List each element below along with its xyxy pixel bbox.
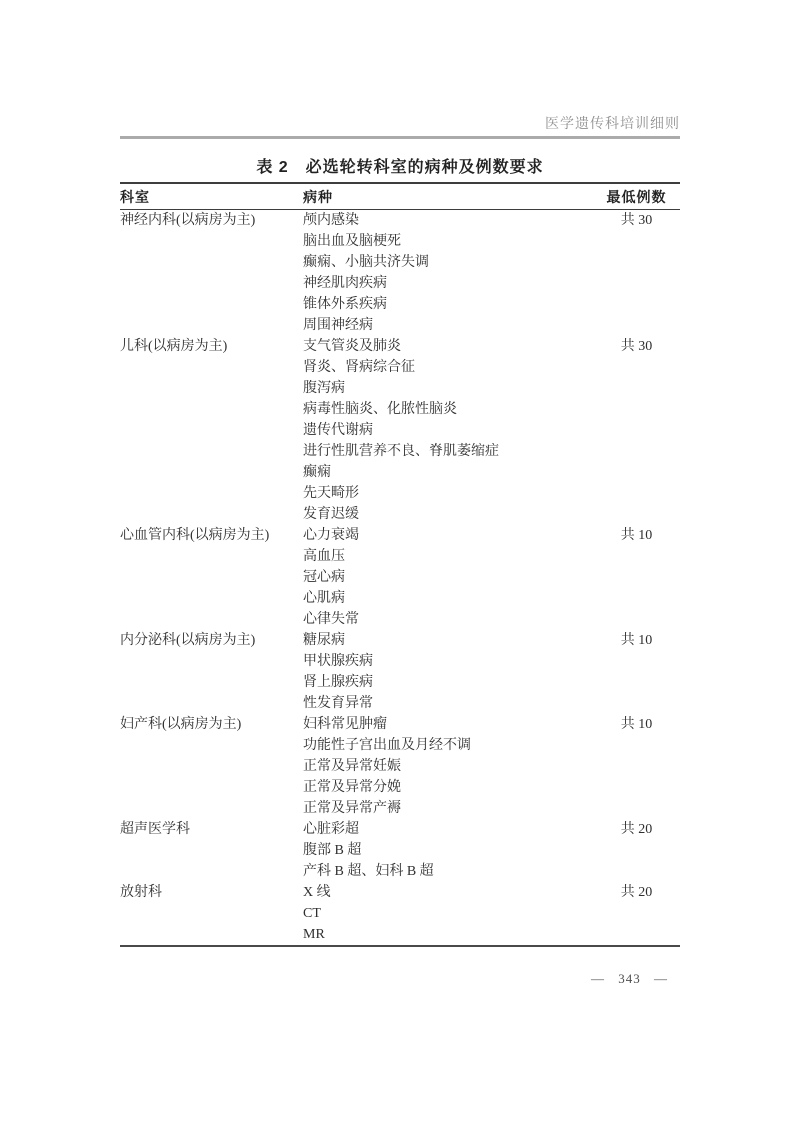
table-row: 神经肌肉疾病 — [120, 273, 680, 294]
department-cell: 超声医学科 — [120, 819, 303, 840]
table-row: MR — [120, 924, 680, 946]
min-cases-cell — [593, 756, 680, 777]
department-cell — [120, 252, 303, 273]
department-cell — [120, 924, 303, 946]
disease-cell: 脑出血及脑梗死 — [303, 231, 593, 252]
min-cases-cell — [593, 273, 680, 294]
min-cases-cell — [593, 357, 680, 378]
min-cases-cell — [593, 588, 680, 609]
min-cases-cell — [593, 462, 680, 483]
disease-cell: 进行性肌营养不良、脊肌萎缩症 — [303, 441, 593, 462]
table-row: 正常及异常产褥 — [120, 798, 680, 819]
min-cases-cell — [593, 483, 680, 504]
disease-cell: 病毒性脑炎、化脓性脑炎 — [303, 399, 593, 420]
min-cases-cell — [593, 735, 680, 756]
disease-cell: 心肌病 — [303, 588, 593, 609]
table-row: 心肌病 — [120, 588, 680, 609]
min-cases-cell — [593, 672, 680, 693]
min-cases-cell — [593, 840, 680, 861]
min-cases-cell — [593, 504, 680, 525]
disease-cell: 心律失常 — [303, 609, 593, 630]
department-cell — [120, 441, 303, 462]
department-cell — [120, 462, 303, 483]
min-cases-cell: 共 10 — [593, 525, 680, 546]
min-cases-cell — [593, 399, 680, 420]
min-cases-cell — [593, 609, 680, 630]
disease-cell: 腹泻病 — [303, 378, 593, 399]
min-cases-cell — [593, 441, 680, 462]
disease-cell: 产科 B 超、妇科 B 超 — [303, 861, 593, 882]
disease-cell: X 线 — [303, 882, 593, 903]
table-row: 先天畸形 — [120, 483, 680, 504]
department-cell — [120, 273, 303, 294]
department-cell: 儿科(以病房为主) — [120, 336, 303, 357]
disease-cell: 神经肌肉疾病 — [303, 273, 593, 294]
table-row: 肾炎、肾病综合征 — [120, 357, 680, 378]
min-cases-cell — [593, 315, 680, 336]
table-row: 产科 B 超、妇科 B 超 — [120, 861, 680, 882]
disease-cell: 发育迟缓 — [303, 504, 593, 525]
department-cell — [120, 777, 303, 798]
min-cases-cell — [593, 693, 680, 714]
disease-cell: 正常及异常妊娠 — [303, 756, 593, 777]
department-cell — [120, 399, 303, 420]
department-cell — [120, 798, 303, 819]
table-row: 锥体外系疾病 — [120, 294, 680, 315]
department-cell — [120, 483, 303, 504]
disease-cell: 先天畸形 — [303, 483, 593, 504]
disease-cell: MR — [303, 924, 593, 946]
department-cell: 放射科 — [120, 882, 303, 903]
table-row: 心律失常 — [120, 609, 680, 630]
disease-cell: 高血压 — [303, 546, 593, 567]
min-cases-cell — [593, 378, 680, 399]
disease-cell: 心脏彩超 — [303, 819, 593, 840]
table-row: 脑出血及脑梗死 — [120, 231, 680, 252]
disease-cell: 正常及异常产褥 — [303, 798, 593, 819]
table-row: 进行性肌营养不良、脊肌萎缩症 — [120, 441, 680, 462]
department-cell — [120, 756, 303, 777]
column-header-department: 科室 — [120, 183, 303, 210]
min-cases-cell — [593, 777, 680, 798]
min-cases-cell — [593, 651, 680, 672]
department-cell — [120, 294, 303, 315]
min-cases-cell — [593, 567, 680, 588]
department-cell — [120, 567, 303, 588]
disease-cell: CT — [303, 903, 593, 924]
disease-cell: 癫痫 — [303, 462, 593, 483]
min-cases-cell — [593, 546, 680, 567]
disease-cell: 癫痫、小脑共济失调 — [303, 252, 593, 273]
table-row: 正常及异常分娩 — [120, 777, 680, 798]
disease-cell: 妇科常见肿瘤 — [303, 714, 593, 735]
header-rule — [120, 136, 680, 139]
disease-cell: 遗传代谢病 — [303, 420, 593, 441]
department-cell — [120, 420, 303, 441]
min-cases-cell: 共 10 — [593, 630, 680, 651]
table-row: 甲状腺疾病 — [120, 651, 680, 672]
disease-cell: 周围神经病 — [303, 315, 593, 336]
min-cases-cell — [593, 903, 680, 924]
department-cell — [120, 651, 303, 672]
department-cell: 妇产科(以病房为主) — [120, 714, 303, 735]
min-cases-cell — [593, 924, 680, 946]
department-cell: 神经内科(以病房为主) — [120, 210, 303, 232]
disease-cell: 肾上腺疾病 — [303, 672, 593, 693]
min-cases-cell: 共 20 — [593, 882, 680, 903]
table-row: 冠心病 — [120, 567, 680, 588]
table-row: 内分泌科(以病房为主)糖尿病共 10 — [120, 630, 680, 651]
table-row: 腹泻病 — [120, 378, 680, 399]
min-cases-cell: 共 10 — [593, 714, 680, 735]
table-header-row: 科室 病种 最低例数 — [120, 183, 680, 210]
disease-cell: 肾炎、肾病综合征 — [303, 357, 593, 378]
table-row: 高血压 — [120, 546, 680, 567]
department-cell — [120, 693, 303, 714]
department-cell — [120, 672, 303, 693]
min-cases-cell — [593, 861, 680, 882]
table-row: 心血管内科(以病房为主)心力衰竭共 10 — [120, 525, 680, 546]
disease-cell: 甲状腺疾病 — [303, 651, 593, 672]
required-rotation-table: 科室 病种 最低例数 神经内科(以病房为主)颅内感染共 30脑出血及脑梗死癫痫、… — [120, 182, 680, 947]
table-row: 周围神经病 — [120, 315, 680, 336]
table-row: 性发育异常 — [120, 693, 680, 714]
department-cell — [120, 231, 303, 252]
document-page: 医学遗传科培训细则 表 2 必选轮转科室的病种及例数要求 科室 病种 最低例数 … — [0, 0, 800, 1131]
min-cases-cell — [593, 294, 680, 315]
table-row: 肾上腺疾病 — [120, 672, 680, 693]
min-cases-cell: 共 30 — [593, 336, 680, 357]
column-header-min-cases: 最低例数 — [593, 183, 680, 210]
table-row: 癫痫、小脑共济失调 — [120, 252, 680, 273]
department-cell: 心血管内科(以病房为主) — [120, 525, 303, 546]
table-row: 功能性子宫出血及月经不调 — [120, 735, 680, 756]
table-row: 腹部 B 超 — [120, 840, 680, 861]
department-cell — [120, 840, 303, 861]
department-cell — [120, 735, 303, 756]
department-cell — [120, 588, 303, 609]
table-row: 正常及异常妊娠 — [120, 756, 680, 777]
disease-cell: 锥体外系疾病 — [303, 294, 593, 315]
min-cases-cell: 共 30 — [593, 210, 680, 232]
min-cases-cell: 共 20 — [593, 819, 680, 840]
department-cell — [120, 546, 303, 567]
disease-cell: 支气管炎及肺炎 — [303, 336, 593, 357]
table-row: 妇产科(以病房为主)妇科常见肿瘤共 10 — [120, 714, 680, 735]
table-row: 超声医学科心脏彩超共 20 — [120, 819, 680, 840]
table-row: 发育迟缓 — [120, 504, 680, 525]
department-cell — [120, 504, 303, 525]
disease-cell: 糖尿病 — [303, 630, 593, 651]
table-row: 儿科(以病房为主)支气管炎及肺炎共 30 — [120, 336, 680, 357]
min-cases-cell — [593, 798, 680, 819]
table-row: 病毒性脑炎、化脓性脑炎 — [120, 399, 680, 420]
department-cell — [120, 315, 303, 336]
disease-cell: 性发育异常 — [303, 693, 593, 714]
department-cell: 内分泌科(以病房为主) — [120, 630, 303, 651]
department-cell — [120, 378, 303, 399]
disease-cell: 腹部 B 超 — [303, 840, 593, 861]
table-title: 表 2 必选轮转科室的病种及例数要求 — [0, 154, 800, 177]
department-cell — [120, 357, 303, 378]
disease-cell: 冠心病 — [303, 567, 593, 588]
running-header: 医学遗传科培训细则 — [545, 113, 680, 133]
disease-cell: 功能性子宫出血及月经不调 — [303, 735, 593, 756]
disease-cell: 正常及异常分娩 — [303, 777, 593, 798]
min-cases-cell — [593, 231, 680, 252]
min-cases-cell — [593, 252, 680, 273]
column-header-disease: 病种 — [303, 183, 593, 210]
table-row: 放射科X 线共 20 — [120, 882, 680, 903]
department-cell — [120, 903, 303, 924]
department-cell — [120, 609, 303, 630]
department-cell — [120, 861, 303, 882]
disease-cell: 心力衰竭 — [303, 525, 593, 546]
table-row: 神经内科(以病房为主)颅内感染共 30 — [120, 210, 680, 232]
table-row: 遗传代谢病 — [120, 420, 680, 441]
table-body: 神经内科(以病房为主)颅内感染共 30脑出血及脑梗死癫痫、小脑共济失调神经肌肉疾… — [120, 210, 680, 947]
table-row: 癫痫 — [120, 462, 680, 483]
disease-cell: 颅内感染 — [303, 210, 593, 232]
page-number: — 343 — — [591, 971, 668, 987]
table-row: CT — [120, 903, 680, 924]
min-cases-cell — [593, 420, 680, 441]
